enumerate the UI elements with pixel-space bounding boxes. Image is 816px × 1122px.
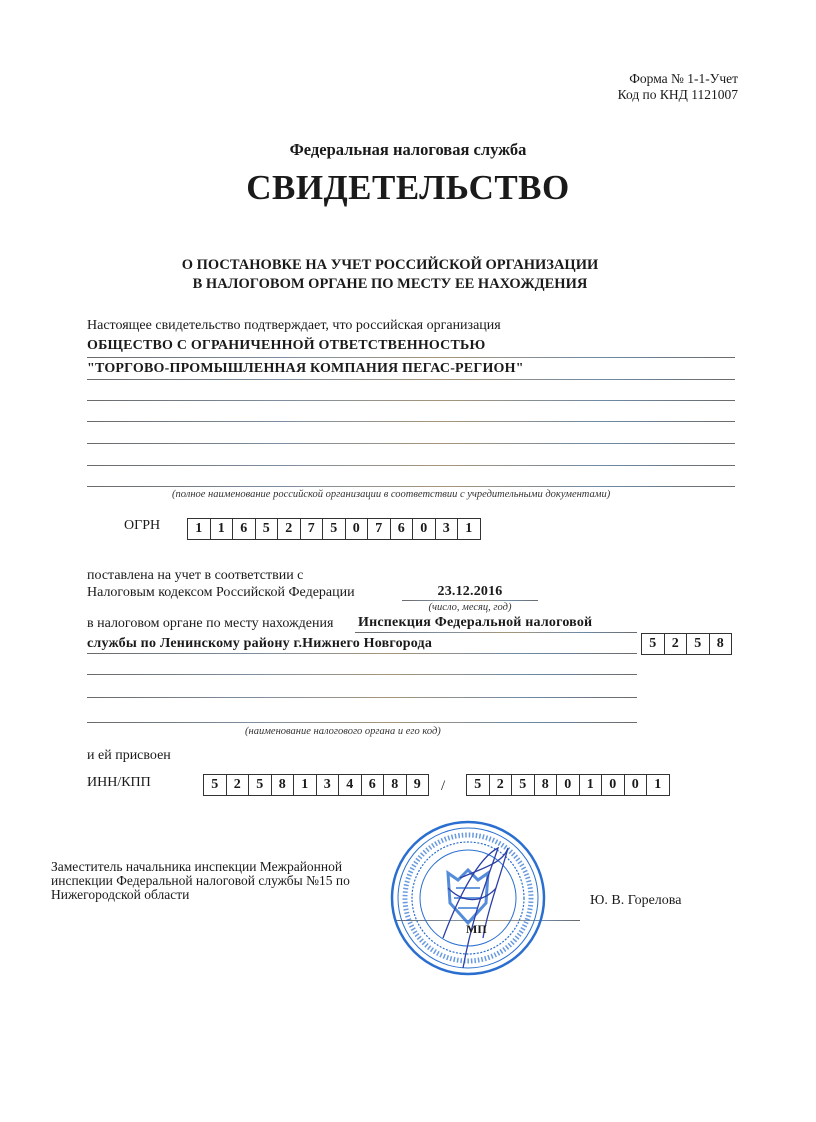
digit-cell: 2 [278,519,301,539]
inn-kpp-label: ИНН/КПП [87,775,151,791]
fill-line [87,357,735,358]
digit-cell: 9 [407,775,430,795]
digit-cell: 7 [301,519,324,539]
form-identifier: Форма № 1-1-Учет Код по КНД 1121007 [618,71,738,103]
digit-cell: 2 [665,634,688,654]
fill-line [87,486,735,487]
digit-cell: 3 [317,775,340,795]
organization-name-line-1: ОБЩЕСТВО С ОГРАНИЧЕННОЙ ОТВЕТСТВЕННОСТЬЮ [87,338,485,354]
digit-cell: 1 [458,519,481,539]
digit-cell: 1 [188,519,211,539]
subtitle-line-2: В НАЛОГОВОМ ОРГАНЕ ПО МЕСТУ ЕЕ НАХОЖДЕНИ… [0,275,780,294]
digit-cell: 3 [436,519,459,539]
registration-text-line-2: Налоговым кодексом Российской Федерации [87,585,355,601]
digit-cell: 6 [362,775,385,795]
digit-cell: 8 [535,775,558,795]
kpp-cells: 525801001 [466,774,670,796]
digit-cell: 8 [384,775,407,795]
fill-line [87,697,637,698]
signer-position: Заместитель начальника инспекции Межрайо… [51,860,350,902]
ogrn-label: ОГРН [124,518,160,534]
organization-intro: Настоящее свидетельство подтверждает, чт… [87,318,501,334]
fill-line [87,421,735,422]
tax-authority-name-line-1: Инспекция Федеральной налоговой [358,615,592,631]
digit-cell: 4 [339,775,362,795]
digit-cell: 1 [211,519,234,539]
digit-cell: 1 [580,775,603,795]
registration-text-line-1: поставлена на учет в соответствии с [87,568,303,584]
fill-line [87,379,735,380]
digit-cell: 1 [294,775,317,795]
digit-cell: 7 [368,519,391,539]
official-stamp-icon [388,818,548,978]
digit-cell: 5 [687,634,710,654]
digit-cell: 5 [642,634,665,654]
digit-cell: 0 [413,519,436,539]
form-number: Форма № 1-1-Учет [618,71,738,87]
tax-authority-name-line-2: службы по Ленинскому району г.Нижнего Но… [87,636,432,652]
fill-line [87,674,637,675]
digit-cell: 5 [512,775,535,795]
digit-cell: 1 [647,775,670,795]
organization-name-line-2: "ТОРГОВО-ПРОМЫШЛЕННАЯ КОМПАНИЯ ПЕГАС-РЕГ… [87,361,524,377]
organization-caption: (полное наименование российской организа… [172,489,610,500]
fill-line [355,632,637,633]
signer-name: Ю. В. Горелова [590,893,681,909]
fill-line [87,400,735,401]
subtitle-line-1: О ПОСТАНОВКЕ НА УЧЕТ РОССИЙСКОЙ ОРГАНИЗА… [0,256,780,275]
date-caption: (число, месяц, год) [400,602,540,613]
tax-authority-intro: в налоговом органе по месту нахождения [87,616,333,632]
digit-cell: 2 [227,775,250,795]
registration-date: 23.12.2016 [400,584,540,600]
digit-cell: 6 [233,519,256,539]
document-title: СВИДЕТЕЛЬСТВО [0,168,816,208]
signer-position-line-3: Нижегородской области [51,888,350,902]
digit-cell: 0 [625,775,648,795]
document-subtitle: О ПОСТАНОВКЕ НА УЧЕТ РОССИЙСКОЙ ОРГАНИЗА… [0,256,780,294]
tax-authority-caption: (наименование налогового органа и его ко… [245,726,441,737]
ogrn-cells: 1165275076031 [187,518,481,540]
fill-line [402,600,538,601]
digit-cell: 2 [490,775,513,795]
digit-cell: 0 [602,775,625,795]
fill-line [87,443,735,444]
inn-kpp-separator: / [441,778,445,794]
digit-cell: 5 [249,775,272,795]
digit-cell: 6 [391,519,414,539]
digit-cell: 5 [256,519,279,539]
tax-authority-code-cells: 5258 [641,633,732,655]
digit-cell: 5 [204,775,227,795]
stamp-label: МП [466,922,487,937]
digit-cell: 5 [323,519,346,539]
digit-cell: 0 [557,775,580,795]
digit-cell: 8 [272,775,295,795]
signer-position-line-2: инспекции Федеральной налоговой службы №… [51,874,350,888]
fill-line [87,722,637,723]
fill-line [87,465,735,466]
signer-position-line-1: Заместитель начальника инспекции Межрайо… [51,860,350,874]
fill-line [87,653,637,654]
agency-name: Федеральная налоговая служба [0,140,816,160]
digit-cell: 8 [710,634,733,654]
digit-cell: 0 [346,519,369,539]
inn-cells: 5258134689 [203,774,429,796]
digit-cell: 5 [467,775,490,795]
knd-code: Код по КНД 1121007 [618,87,738,103]
assigned-text: и ей присвоен [87,748,171,764]
